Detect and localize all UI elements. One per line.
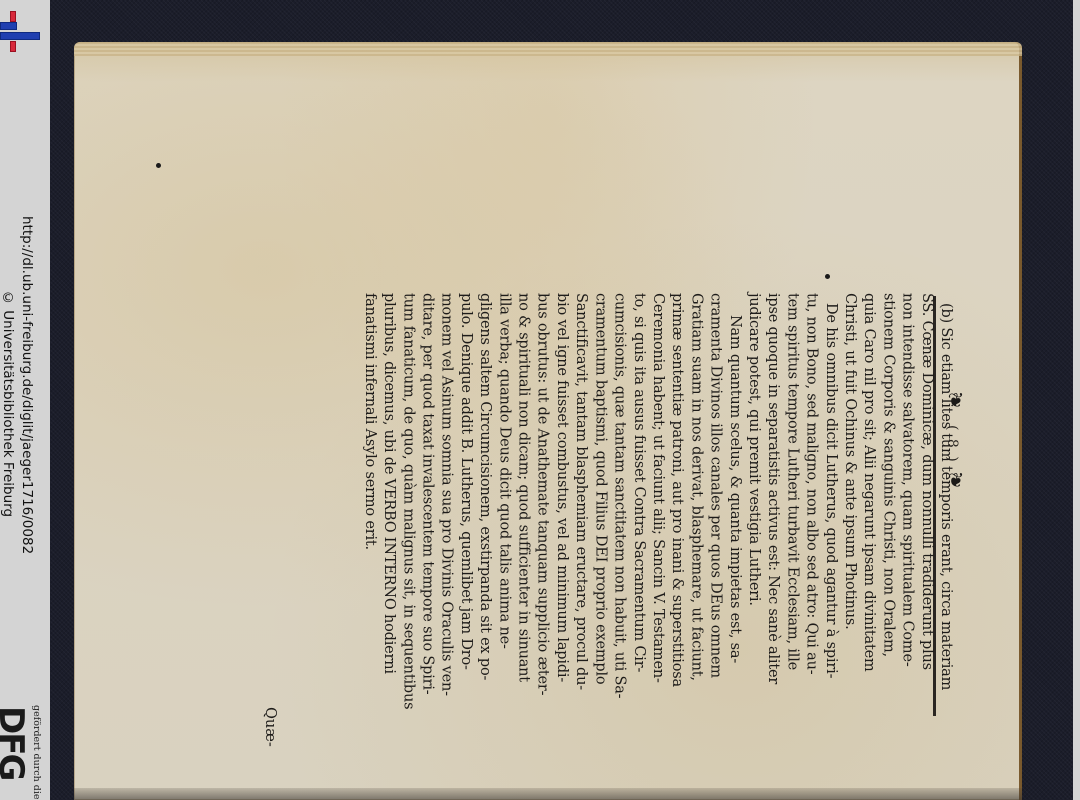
rotated-body-text: (b) Sic etiam lites tum temporis erant, … [255,293,955,793]
text-line: fanatismi infernali Asylo sermo erit. [360,293,379,793]
text-line: cramentum baptismi, quod Filius DEI prop… [590,293,609,793]
copyright-notice: © Universitätsbibliothek Freiburg [0,290,16,517]
text-line: (b) Sic etiam lites tum temporis erant, … [936,293,955,793]
text-line: pluribus, dicemus, ubi de VERBO INTERNO … [379,293,398,793]
text-line: cumcisionis, quæ tantam sanctitatem non … [609,293,628,793]
credits-sidebar: http://dl.ub.uni-freiburg.de/diglit/jaeg… [0,0,50,800]
text-line: non intendisse salvatorem, quam spiritua… [897,293,916,793]
text-line: primæ sententiæ patroni, aut pro inani &… [667,293,686,793]
source-url-link[interactable]: http://dl.ub.uni-freiburg.de/diglit/jaeg… [19,216,35,554]
text-line: Sanctificavit, tantam blasphemiam eructa… [571,293,590,793]
text-line: no & spirituali non dicam; quod sufficie… [513,293,532,793]
text-line: gligens saltem Circumcisionem, exstirpan… [475,293,494,793]
text-line: illa verba; quando Deus dicit quod talis… [494,293,513,793]
catchword: Quæ- [262,707,278,747]
text-line: bus obrutus: ut de Anathemate tanquam su… [533,293,552,793]
right-margin-strip [1073,0,1080,800]
text-line: De his omnibus dicit Lutherus, quod agan… [821,293,840,793]
text-line: Ceremonia habent; ut faciunt alii; Sanci… [648,293,667,793]
text-line: ipse quoque in separatistis activus est:… [763,293,782,793]
text-line: ditare, per quod taxat invalescentem tem… [417,293,436,793]
page-edge-deckle [74,42,1022,56]
ink-spot-icon [156,163,161,168]
text-line: to, si quis ita ausus fuisset Contra Sac… [629,293,648,793]
text-line: quia Caro nil pro sit; Alii negarunt ips… [859,293,878,793]
text-line: Christi, ut fuit Ochinus & ante ipsum Ph… [840,293,859,793]
text-line: tum fanaticum, de quo, quàm malignus sit… [398,293,417,793]
document-viewer: http://dl.ub.uni-freiburg.de/diglit/jaeg… [0,0,1080,800]
text-line: cramenta Divinos illos canales per quos … [705,293,724,793]
ink-spot-icon [825,274,830,279]
text-line: pulo. Denique addit B. Lutherus, quemlib… [456,293,475,793]
text-line: tu, non Bono, sed maligno, non albo sed … [801,293,820,793]
text-line: tem spiritus tempore Lutheri turbavit Ec… [782,293,801,793]
text-line: bio vel igne fuisset combustus, vel ad m… [552,293,571,793]
page-text-block: (b) Sic etiam lites tum temporis erant, … [255,293,955,800]
uni-freiburg-logo-icon [0,8,42,48]
text-line: monem vel Asinum somnia sua pro Divinis … [437,293,456,793]
text-line: SS. Cœnæ Dominicæ, dum nonnulli tradider… [917,293,936,793]
text-line: stionem Corporis & sanguinis Christi, no… [878,293,897,793]
funding-label: gefördert durch die [31,705,42,800]
text-line: Nam quantum scelus, & quanta impietas es… [725,293,744,793]
dfg-logo-icon: DFG [0,706,28,779]
text-line: Gratiam suam in nos derivat, blasphemare… [686,293,705,793]
text-line: judicare potest, qui premit vestigia Lut… [744,293,763,793]
